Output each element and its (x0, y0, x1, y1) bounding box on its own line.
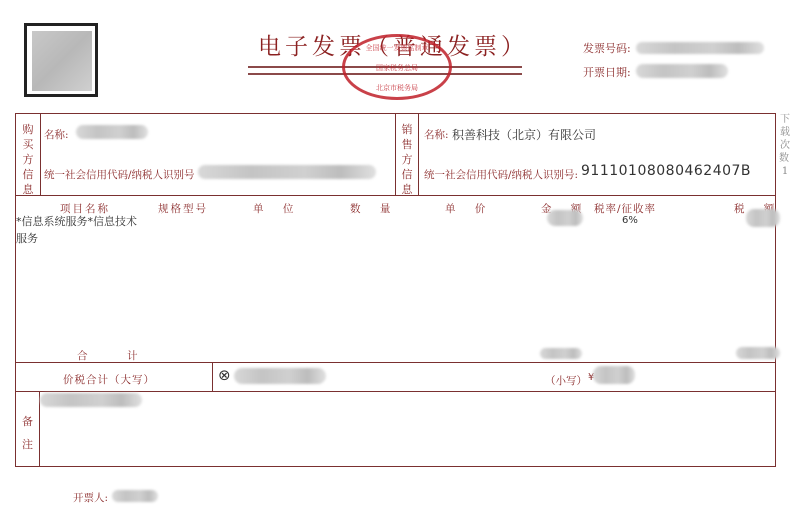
total-tax-value (736, 347, 780, 359)
download-count: 下载次数：1 (779, 113, 790, 178)
item-tax-amount-value (746, 209, 780, 227)
divider (15, 362, 776, 363)
tax-bureau-stamp: 全国统一发票监制章 国家税务总局 北京市税务局 (342, 34, 452, 100)
seller-name-value: 积善科技（北京）有限公司 (452, 126, 596, 143)
buyer-tax-id-value (198, 165, 376, 179)
item-amount-value (547, 210, 583, 226)
grand-total-lowercase-label: （小写） (545, 373, 587, 388)
stamp-middle-text: 国家税务总局 (345, 63, 449, 73)
divider (15, 195, 776, 196)
invoice-number-value (636, 42, 764, 54)
buyer-section-label: 购买方信息 (21, 122, 35, 197)
item-tax-rate: 6% (622, 215, 638, 226)
seller-tax-id-label: 统一社会信用代码/纳税人识别号: (424, 167, 578, 182)
grand-total-lowercase-value (593, 366, 635, 384)
buyer-name-label: 名称: (44, 127, 69, 142)
remarks-value (40, 393, 142, 407)
column-quantity: 数 量 (350, 201, 398, 216)
column-tax-rate: 税率/征收率 (594, 201, 656, 216)
item-name-line2: 服务 (16, 230, 38, 246)
seller-tax-id-value: 91110108080462407B (581, 163, 751, 179)
divider (395, 113, 396, 195)
column-spec: 规格型号 (158, 201, 208, 216)
remarks-label-1: 备 (22, 413, 33, 429)
remarks-label-2: 注 (22, 436, 33, 452)
stamp-bottom-text: 北京市税务局 (345, 83, 449, 93)
column-unit-price: 单 价 (445, 201, 493, 216)
divider (15, 391, 776, 392)
grand-total-label: 价税合计（大写） (63, 372, 155, 387)
divider (418, 113, 419, 195)
buyer-tax-id-label: 统一社会信用代码/纳税人识别号 (44, 167, 195, 182)
seller-section-label: 销售方信息 (400, 122, 414, 197)
column-unit: 单 位 (253, 201, 301, 216)
divider (212, 362, 213, 391)
issue-date-value (636, 64, 728, 78)
divider (40, 113, 41, 195)
issuer-value (112, 490, 158, 502)
grand-total-uppercase-value (234, 368, 326, 384)
total-amount-value (540, 348, 582, 359)
buyer-name-value (76, 125, 148, 139)
uppercase-symbol-icon: ⊗ (218, 366, 231, 384)
issue-date-label: 开票日期: (583, 64, 631, 80)
invoice-number-label: 发票号码: (583, 40, 631, 56)
seller-name-label: 名称: (424, 127, 449, 142)
issuer-label: 开票人: (73, 490, 108, 505)
qr-code-icon (24, 23, 98, 97)
item-name-line1: *信息系统服务*信息技术 (16, 213, 137, 229)
total-label: 合 计 (77, 348, 140, 363)
stamp-top-text: 全国统一发票监制章 (345, 43, 449, 53)
